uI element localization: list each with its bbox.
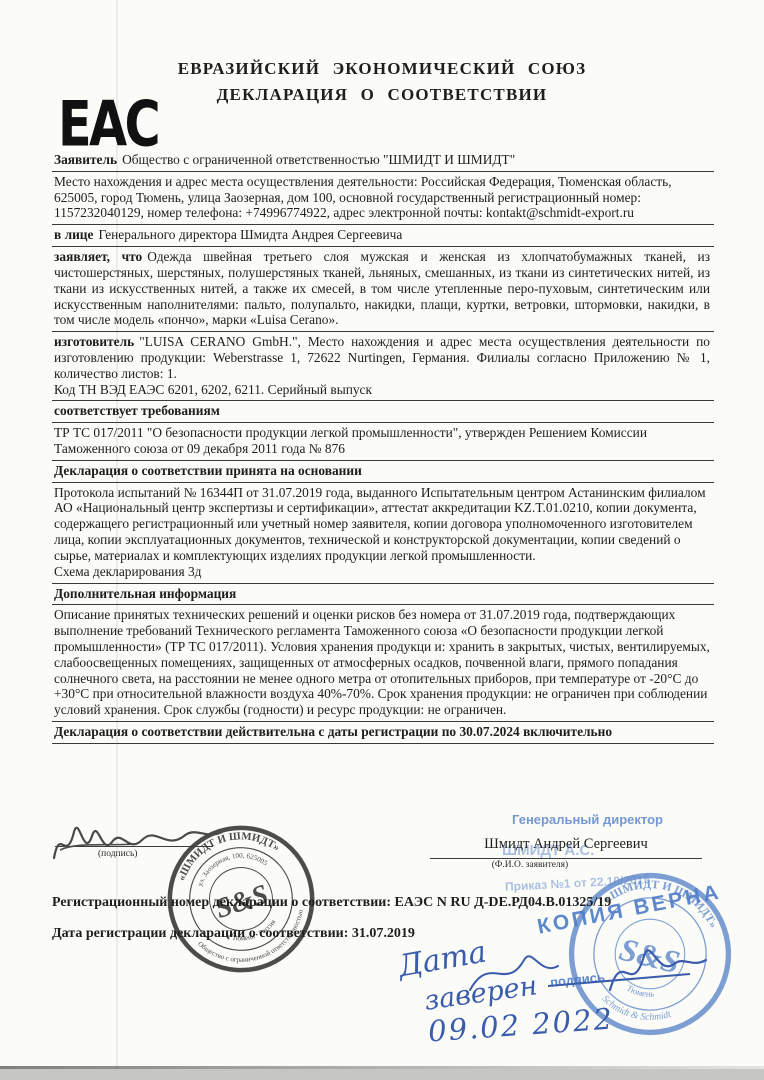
row-in-person: в лицеГенерального директора Шмидта Андр… — [52, 225, 714, 247]
row-basis: Протокола испытаний № 16344П от 31.07.20… — [52, 483, 714, 584]
row-manufacturer: изготовитель"LUISA CERANO GmbH.", Место … — [52, 332, 714, 401]
manufacturer-value: "LUISA CERANO GmbH.", Место нахождения и… — [54, 334, 710, 381]
eac-logo: EAC — [58, 94, 158, 157]
row-basis-header: Декларация о соответствии принята на осн… — [52, 461, 714, 483]
declares-value: Одежда швейная третьего слоя мужская и ж… — [54, 249, 710, 327]
fio-line — [430, 858, 702, 859]
in-person-value: Генерального директора Шмидта Андрея Сер… — [98, 227, 402, 242]
declares-label: заявляет, что — [54, 249, 142, 264]
scheme-line: Схема декларирования 3д — [54, 564, 710, 580]
registration-number-line: Регистрационный номер декларации о соотв… — [52, 895, 611, 911]
row-complies-text: ТР ТС 017/2011 "О безопасности продукции… — [52, 423, 714, 461]
row-applicant: ЗаявительОбщество с ограниченной ответст… — [52, 150, 714, 172]
applicant-signature — [46, 806, 246, 876]
row-address: Место нахождения и адрес места осуществл… — [52, 172, 714, 225]
in-person-label: в лице — [54, 227, 93, 242]
declaration-body: ЗаявительОбщество с ограниченной ответст… — [52, 150, 714, 744]
applicant-label: Заявитель — [54, 152, 117, 167]
address-text: Место нахождения и адрес места осуществл… — [54, 174, 672, 221]
row-complies-header: соответствует требованиям — [52, 401, 714, 423]
declaration-document-page: ЕВРАЗИЙСКИЙ ЭКОНОМИЧЕСКИЙ СОЮЗ ДЕКЛАРАЦИ… — [0, 0, 764, 1080]
manufacturer-label: изготовитель — [54, 334, 134, 349]
director-title-stamp-text: Генеральный директор — [512, 812, 663, 827]
applicant-value: Общество с ограниченной ответственностью… — [122, 152, 515, 167]
manufacturer-paragraph: изготовитель"LUISA CERANO GmbH.", Место … — [54, 334, 710, 381]
row-additional-text: Описание принятых технических решений и … — [52, 605, 714, 722]
row-declares: заявляет, чтоОдежда швейная третьего сло… — [52, 247, 714, 332]
row-validity: Декларация о соответствии действительна … — [52, 722, 714, 744]
basis-text: Протокола испытаний № 16344П от 31.07.20… — [54, 485, 710, 564]
fio-caption: (Ф.И.О. заявителя) — [430, 860, 630, 870]
scanner-background-band — [0, 1069, 764, 1080]
union-title: ЕВРАЗИЙСКИЙ ЭКОНОМИЧЕСКИЙ СОЮЗ — [0, 56, 764, 82]
registration-date-line: Дата регистрации декларации о соответств… — [52, 926, 415, 942]
row-additional-header: Дополнительная информация — [52, 584, 714, 606]
tnved-code-line: Код ТН ВЭД ЕАЭС 6201, 6202, 6211. Серийн… — [54, 382, 710, 398]
applicant-fio: Шмидт Андрей Сергеевич — [430, 836, 702, 853]
